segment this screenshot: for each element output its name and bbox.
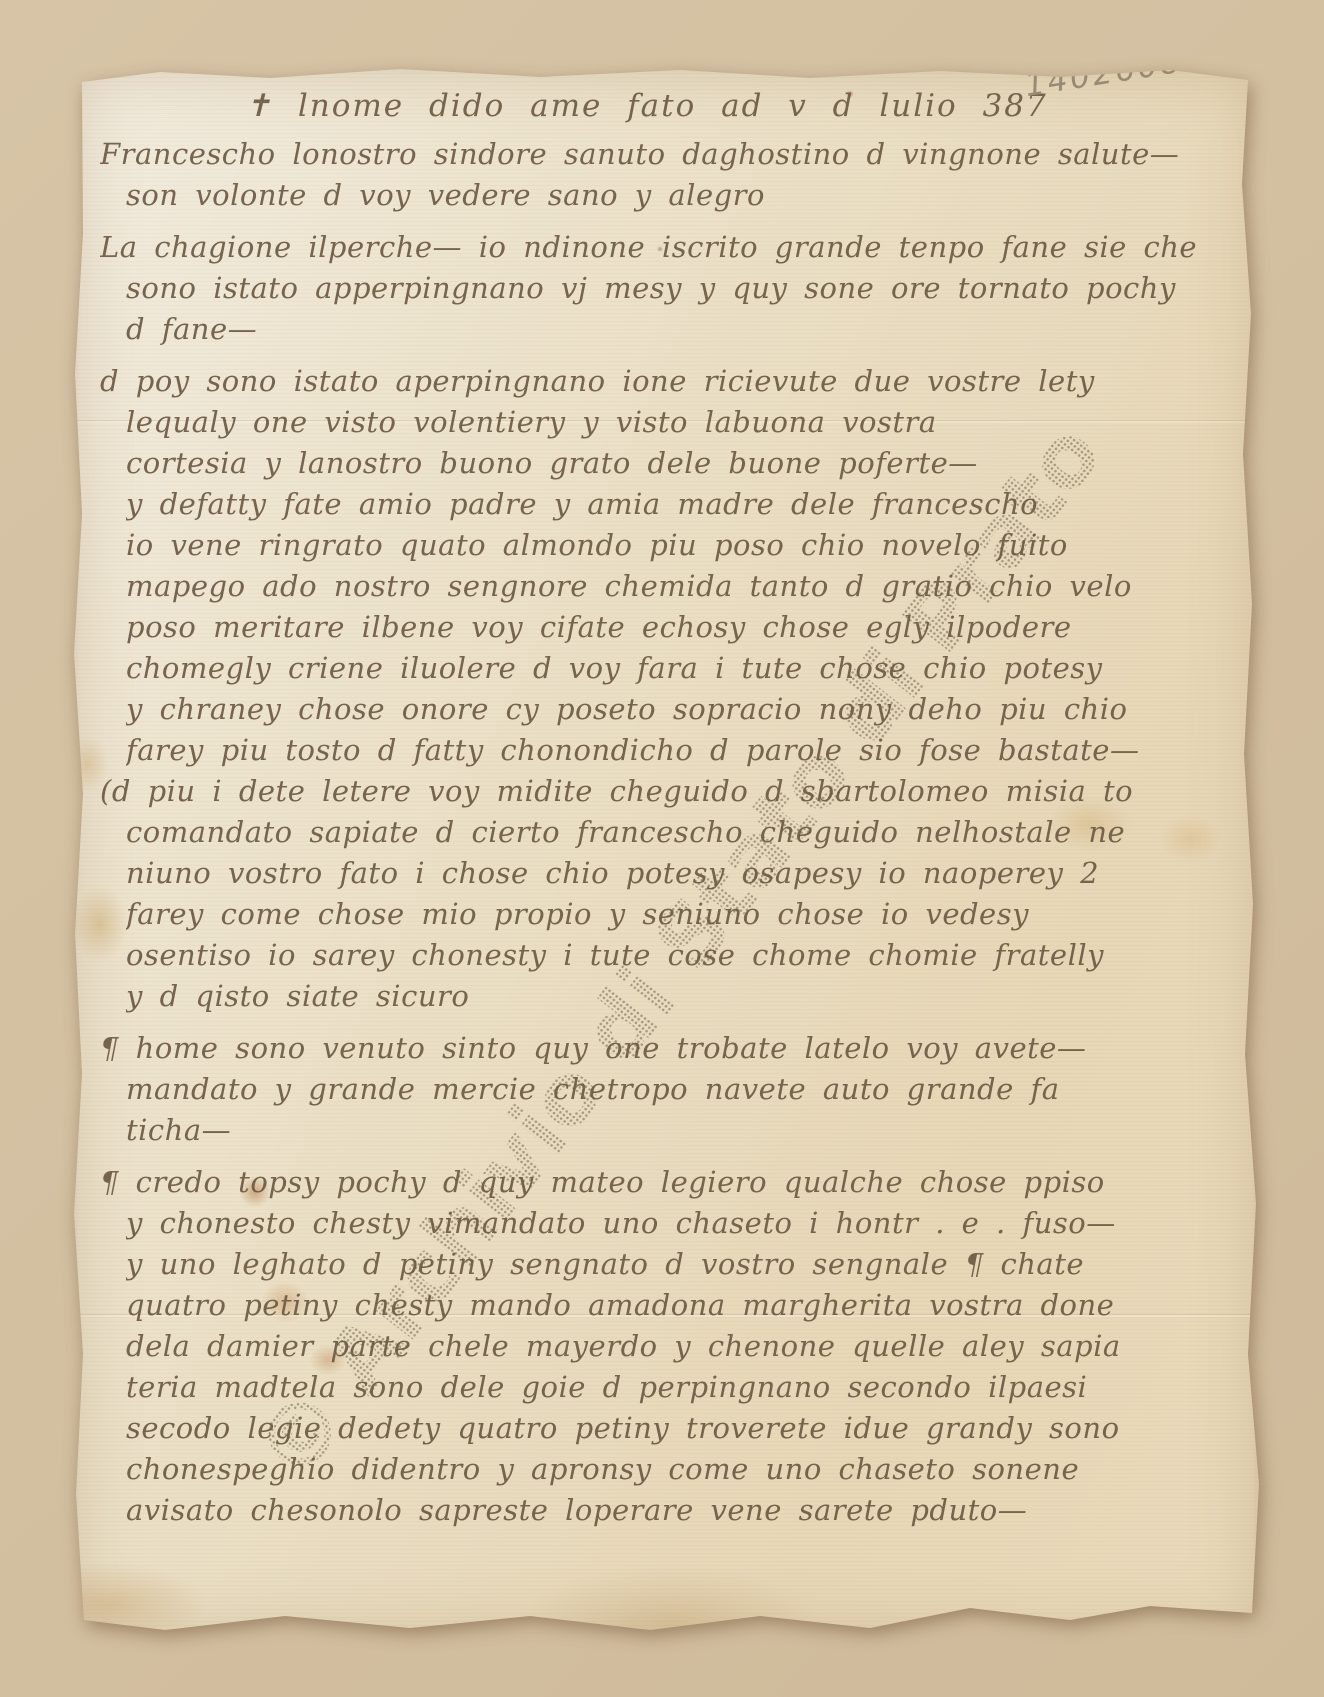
letter-paragraph: d poy sono istato aperpingnano ione rici… — [126, 361, 1242, 771]
manuscript-line: sono istato apperpingnano vj mesy y quy … — [126, 268, 1242, 309]
manuscript-line: secodo legie dedety quatro petiny trover… — [126, 1408, 1242, 1449]
manuscript-line: ¶ credo topsy pochy d quy mateo legiero … — [100, 1162, 1242, 1203]
manuscript-line: ticha— — [126, 1110, 1242, 1151]
manuscript-line: poso meritare ilbene voy cifate echosy c… — [126, 607, 1242, 648]
manuscript-line: lequaly one visto volentiery y visto lab… — [126, 402, 1242, 443]
manuscript-line: io vene ringrato quato almondo piu poso … — [126, 525, 1242, 566]
manuscript-line: cortesia y lanostro buono grato dele buo… — [126, 443, 1242, 484]
manuscript-line: chonespeghio didentro y apronsy come uno… — [126, 1449, 1242, 1490]
manuscript-line: La chagione ilperche— io ndinone iscrito… — [100, 227, 1242, 268]
manuscript-line: y defatty fate amio padre y amia madre d… — [126, 484, 1242, 525]
manuscript-line: y d qisto siate sicuro — [126, 976, 1242, 1017]
manuscript-line: (d piu i dete letere voy midite cheguido… — [100, 771, 1242, 812]
scanner-bed: { "colors": { "scanner_background": "#d3… — [0, 0, 1324, 1697]
archive-catalog-number: 1402608 — [1022, 44, 1185, 104]
manuscript-line: quatro petiny chesty mando amadona margh… — [126, 1285, 1242, 1326]
manuscript-line: niuno vostro fato i chose chio potesy os… — [126, 853, 1242, 894]
manuscript-line: mapego ado nostro sengnore chemida tanto… — [126, 566, 1242, 607]
letter-paragraph: (d piu i dete letere voy midite cheguido… — [126, 771, 1242, 1017]
manuscript-line: farey piu tosto d fatty chonondicho d pa… — [126, 730, 1242, 771]
manuscript-line: farey come chose mio propio y seniuno ch… — [126, 894, 1242, 935]
manuscript-line: y chonesto chesty vimandato uno chaseto … — [126, 1203, 1242, 1244]
letter-paragraph: ¶ credo topsy pochy d quy mateo legiero … — [126, 1162, 1242, 1531]
manuscript-line: d fane— — [126, 309, 1242, 350]
manuscript-page: ✝ lnome dido ame fato ad v d lulio 387 1… — [70, 64, 1262, 1642]
manuscript-line: Francescho lonostro sindore sanuto dagho… — [100, 134, 1242, 175]
manuscript-line: y chraney chose onore cy poseto sopracio… — [126, 689, 1242, 730]
manuscript-line: y uno leghato d petiny sengnato d vostro… — [126, 1244, 1242, 1285]
manuscript-line: teria madtela sono dele goie d perpingna… — [126, 1367, 1242, 1408]
manuscript-line: chomegly criene iluolere d voy fara i tu… — [126, 648, 1242, 689]
manuscript-line: son volonte d voy vedere sano y alegro — [126, 175, 1242, 216]
manuscript-line: d poy sono istato aperpingnano ione rici… — [100, 361, 1242, 402]
letter-paragraph: Francescho lonostro sindore sanuto dagho… — [126, 134, 1242, 216]
letter-body: Francescho lonostro sindore sanuto dagho… — [126, 134, 1242, 1531]
invocation-line: ✝ lnome dido ame fato ad v d lulio 387 — [245, 88, 1048, 124]
manuscript-line: dela damier parte chele mayerdo y chenon… — [126, 1326, 1242, 1367]
manuscript-line: osentiso io sarey chonesty i tute cose c… — [126, 935, 1242, 976]
paper-shadow-wrap: ✝ lnome dido ame fato ad v d lulio 387 1… — [0, 0, 1324, 1697]
letter-paragraph: La chagione ilperche— io ndinone iscrito… — [126, 227, 1242, 350]
manuscript-line: ¶ home sono venuto sinto quy one trobate… — [100, 1028, 1242, 1069]
letter-paragraph: ¶ home sono venuto sinto quy one trobate… — [126, 1028, 1242, 1151]
manuscript-line: avisato chesonolo sapreste loperare vene… — [126, 1490, 1242, 1531]
manuscript-line: comandato sapiate d cierto francescho ch… — [126, 812, 1242, 853]
manuscript-line: mandato y grande mercie chetropo navete … — [126, 1069, 1242, 1110]
